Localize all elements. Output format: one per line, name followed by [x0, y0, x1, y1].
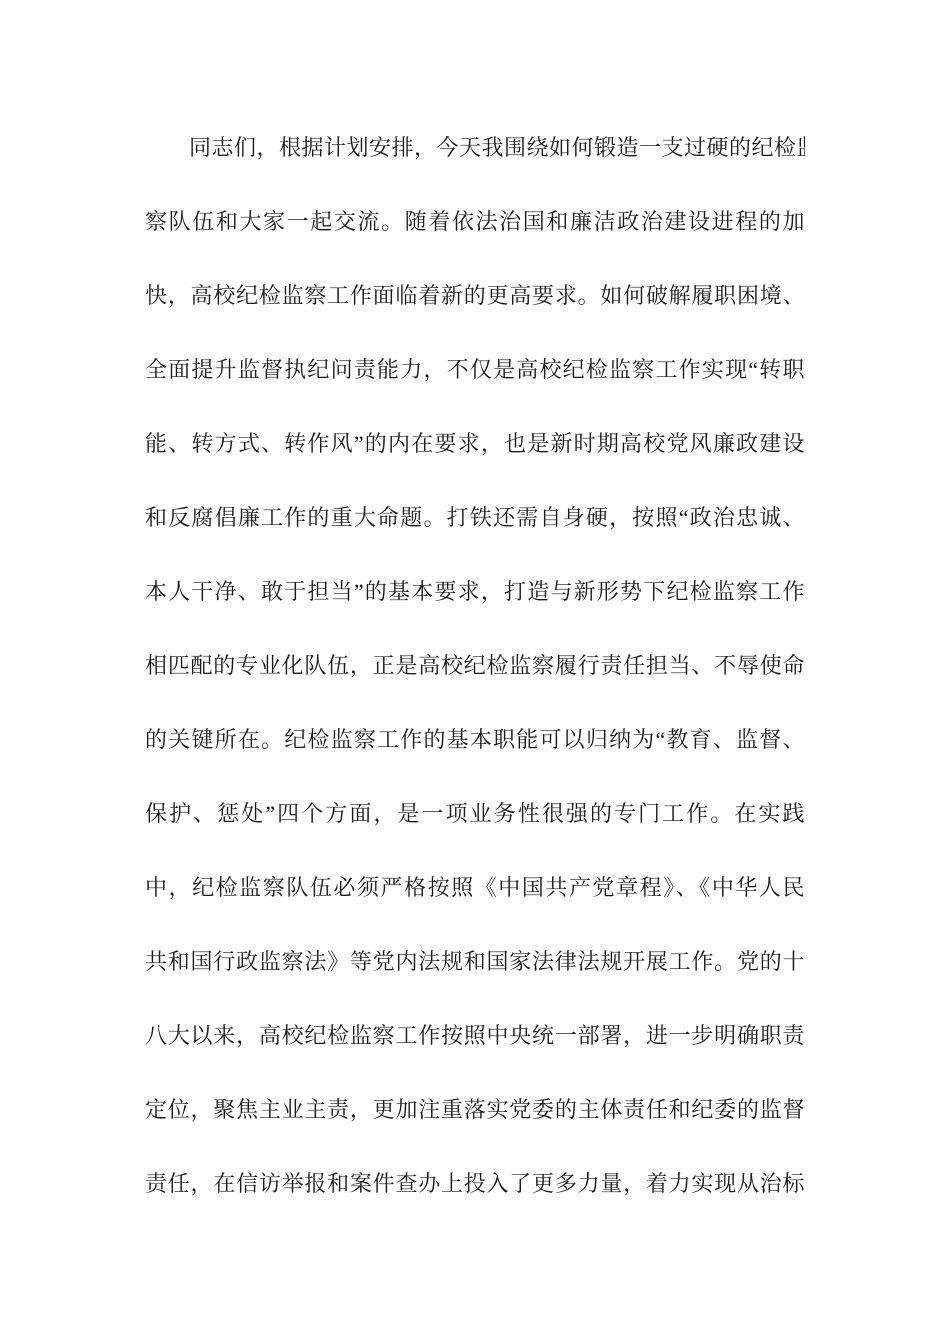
document-page: 同志们，根据计划安排，今天我围绕如何锻造一支过硬的纪检监 察队伍和大家一起交流。… [0, 0, 950, 1344]
paragraph-line: 中，纪检监察队伍必须严格按照《中国共产党章程》、《中华人民 [145, 851, 805, 925]
paragraph-line: 定位，聚焦主业主责，更加注重落实党委的主体责任和纪委的监督 [145, 1073, 805, 1147]
paragraph-line: 能、转方式、转作风”的内在要求，也是新时期高校党风廉政建设 [145, 407, 805, 481]
paragraph-line: 八大以来，高校纪检监察工作按照中央统一部署，进一步明确职责 [145, 999, 805, 1073]
paragraph-line: 和反腐倡廉工作的重大命题。打铁还需自身硬，按照“政治忠诚、 [145, 481, 805, 555]
paragraph-line: 责任，在信访举报和案件查办上投入了更多力量，着力实现从治标 [145, 1147, 805, 1221]
paragraph-line: 共和国行政监察法》等党内法规和国家法律法规开展工作。党的十 [145, 925, 805, 999]
paragraph-line: 本人干净、敢于担当”的基本要求，打造与新形势下纪检监察工作 [145, 555, 805, 629]
paragraph-body: 同志们，根据计划安排，今天我围绕如何锻造一支过硬的纪检监 察队伍和大家一起交流。… [145, 111, 805, 1221]
paragraph-line: 快，高校纪检监察工作面临着新的更高要求。如何破解履职困境、 [145, 259, 805, 333]
paragraph-line: 的关键所在。纪检监察工作的基本职能可以归纳为“教育、监督、 [145, 703, 805, 777]
paragraph-line: 保护、惩处”四个方面，是一项业务性很强的专门工作。在实践 [145, 777, 805, 851]
paragraph-line: 全面提升监督执纪问责能力，不仅是高校纪检监察工作实现“转职 [145, 333, 805, 407]
paragraph-line: 同志们，根据计划安排，今天我围绕如何锻造一支过硬的纪检监 [145, 111, 805, 185]
paragraph-line: 察队伍和大家一起交流。随着依法治国和廉洁政治建设进程的加 [145, 185, 805, 259]
paragraph-line: 相匹配的专业化队伍，正是高校纪检监察履行责任担当、不辱使命 [145, 629, 805, 703]
